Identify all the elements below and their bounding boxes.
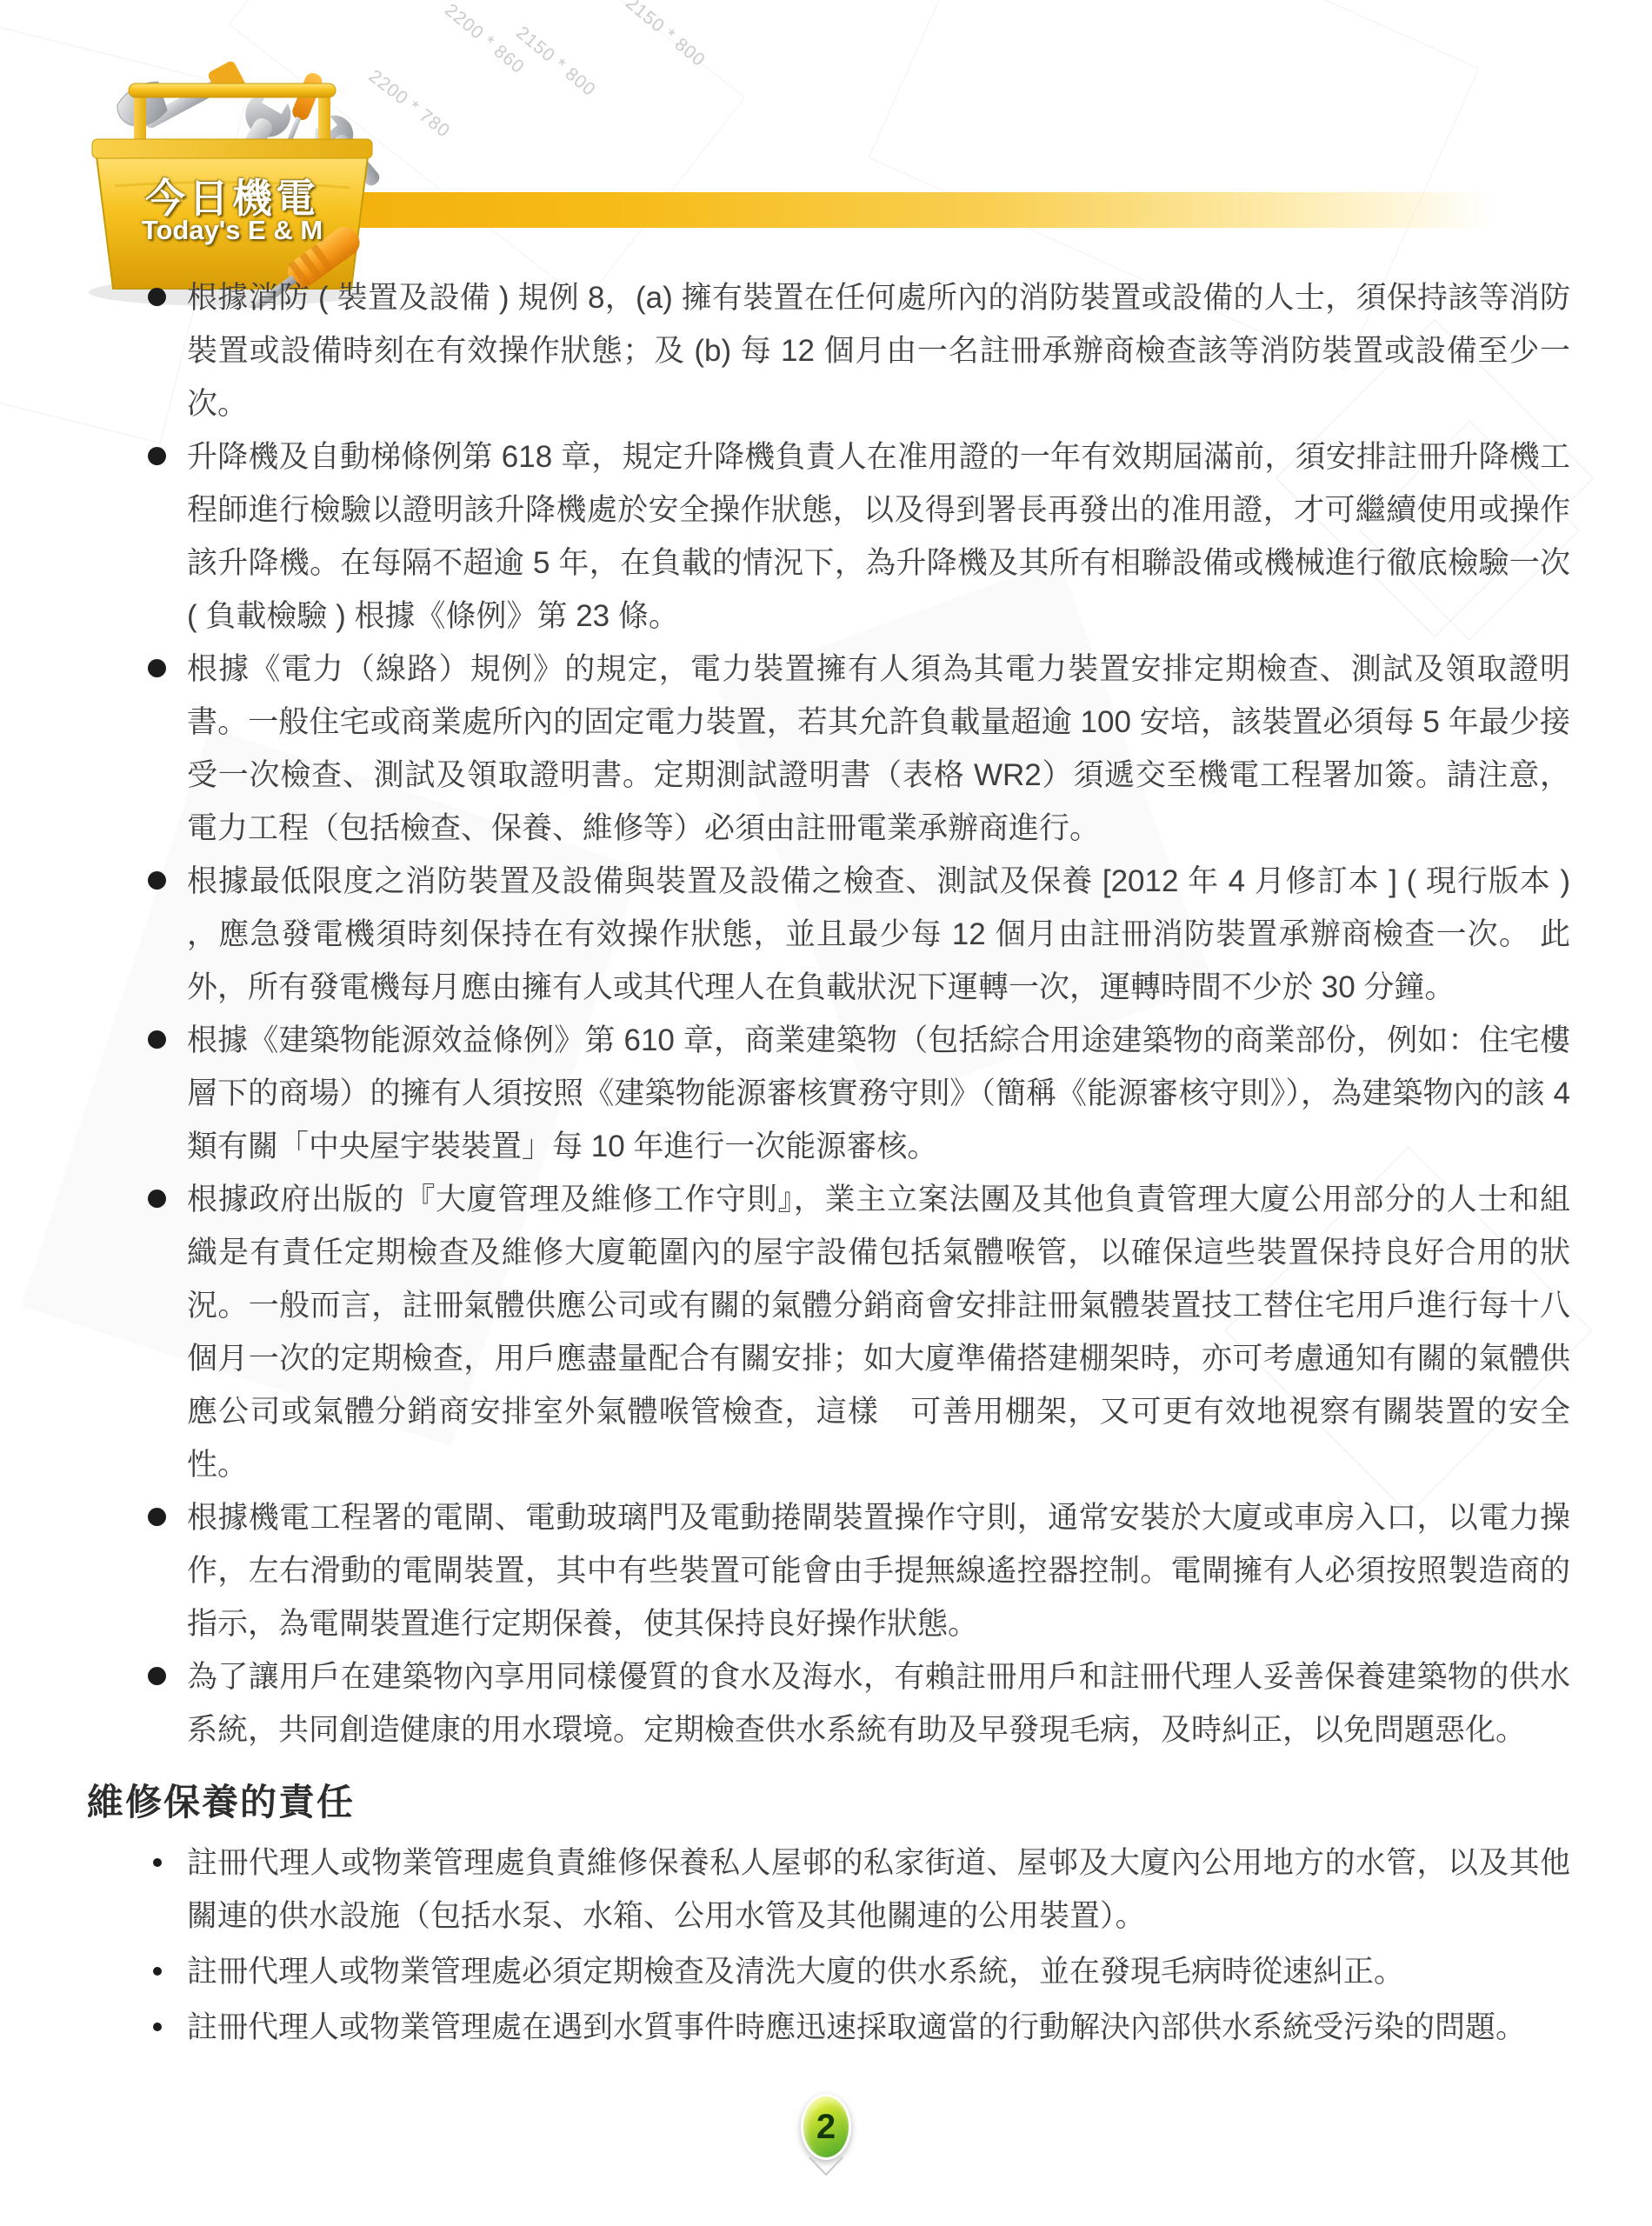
- list-item: 根據《建築物能源效益條例》第 610 章，商業建築物（包括綜合用途建築物的商業部…: [148, 1014, 1570, 1173]
- dimension-watermark: 2150 * 800: [622, 0, 709, 71]
- page-number-badge: 2: [801, 2094, 851, 2160]
- bullet-text: 根據政府出版的『大廈管理及維修工作守則』，業主立案法團及其他負責管理大廈公用部分…: [187, 1173, 1570, 1491]
- bullet-text: 註冊代理人或物業管理處在遇到水質事件時應迅速採取適當的行動解決內部供水系統受污染…: [187, 2001, 1570, 2054]
- header-accent-bar: [236, 192, 1495, 228]
- list-item: 根據《電力（線路）規例》的規定，電力裝置擁有人須為其電力裝置安排定期檢查、測試及…: [148, 643, 1570, 855]
- bullet-marker: [148, 2001, 187, 2031]
- list-item: 為了讓用戶在建築物內享用同樣優質的食水及海水，有賴註冊用戶和註冊代理人妥善保養建…: [148, 1650, 1570, 1756]
- section-heading: 維修保養的責任: [87, 1774, 1570, 1826]
- bullet-marker: [148, 430, 187, 465]
- bullet-marker: [148, 1491, 187, 1526]
- bullet-marker: [148, 1650, 187, 1685]
- page-footer: 2: [796, 2094, 856, 2177]
- bullet-marker: [148, 643, 187, 677]
- list-item: 根據最低限度之消防裝置及設備與裝置及設備之檢查、測試及保養 [2012 年 4 …: [148, 855, 1570, 1014]
- logo-title-en: Today's E & M: [142, 215, 323, 246]
- document-body: 根據消防 ( 裝置及設備 ) 規例 8，(a) 擁有裝置在任何處所內的消防裝置或…: [87, 271, 1570, 2056]
- bullet-text: 根據《電力（線路）規例》的規定，電力裝置擁有人須為其電力裝置安排定期檢查、測試及…: [187, 643, 1570, 855]
- dimension-watermark: 2200 * 860: [441, 0, 529, 78]
- bullet-text: 為了讓用戶在建築物內享用同樣優質的食水及海水，有賴註冊用戶和註冊代理人妥善保養建…: [187, 1650, 1570, 1756]
- bullet-text: 註冊代理人或物業管理處必須定期檢查及清洗大廈的供水系統，並在發現毛病時從速糾正。: [187, 1945, 1570, 1998]
- responsibility-list: 註冊代理人或物業管理處負責維修保養私人屋邨的私家街道、屋邨及大廈內公用地方的水管…: [87, 1836, 1570, 2054]
- bullet-marker: [148, 1945, 187, 1976]
- page-number: 2: [816, 2108, 836, 2147]
- bullet-text: 升降機及自動梯條例第 618 章，規定升降機負責人在准用證的一年有效期屆滿前，須…: [187, 430, 1570, 643]
- bullet-marker: [148, 1173, 187, 1208]
- bullet-marker: [148, 855, 187, 890]
- list-item: 根據消防 ( 裝置及設備 ) 規例 8，(a) 擁有裝置在任何處所內的消防裝置或…: [148, 271, 1570, 430]
- bullet-marker: [148, 271, 187, 306]
- bullet-text: 註冊代理人或物業管理處負責維修保養私人屋邨的私家街道、屋邨及大廈內公用地方的水管…: [187, 1836, 1570, 1943]
- regulation-list: 根據消防 ( 裝置及設備 ) 規例 8，(a) 擁有裝置在任何處所內的消防裝置或…: [87, 271, 1570, 1756]
- bullet-text: 根據最低限度之消防裝置及設備與裝置及設備之檢查、測試及保養 [2012 年 4 …: [187, 855, 1570, 1014]
- bullet-text: 根據消防 ( 裝置及設備 ) 規例 8，(a) 擁有裝置在任何處所內的消防裝置或…: [187, 271, 1570, 430]
- bullet-marker: [148, 1836, 187, 1867]
- list-item: 註冊代理人或物業管理處必須定期檢查及清洗大廈的供水系統，並在發現毛病時從速糾正。: [148, 1945, 1570, 1998]
- bullet-text: 根據機電工程署的電閘、電動玻璃門及電動捲閘裝置操作守則，通常安裝於大廈或車房入口…: [187, 1491, 1570, 1650]
- list-item: 根據機電工程署的電閘、電動玻璃門及電動捲閘裝置操作守則，通常安裝於大廈或車房入口…: [148, 1491, 1570, 1650]
- toolbox-logo: 今日機電 Today's E & M: [80, 38, 384, 308]
- list-item: 升降機及自動梯條例第 618 章，規定升降機負責人在准用證的一年有效期屆滿前，須…: [148, 430, 1570, 643]
- chevron-down-icon: [807, 2155, 845, 2177]
- bullet-marker: [148, 1014, 187, 1049]
- list-item: 註冊代理人或物業管理處負責維修保養私人屋邨的私家街道、屋邨及大廈內公用地方的水管…: [148, 1836, 1570, 1943]
- list-item: 註冊代理人或物業管理處在遇到水質事件時應迅速採取適當的行動解決內部供水系統受污染…: [148, 2001, 1570, 2054]
- list-item: 根據政府出版的『大廈管理及維修工作守則』，業主立案法團及其他負責管理大廈公用部分…: [148, 1173, 1570, 1491]
- bullet-text: 根據《建築物能源效益條例》第 610 章，商業建築物（包括綜合用途建築物的商業部…: [187, 1014, 1570, 1173]
- dimension-watermark: 2150 * 800: [512, 23, 600, 101]
